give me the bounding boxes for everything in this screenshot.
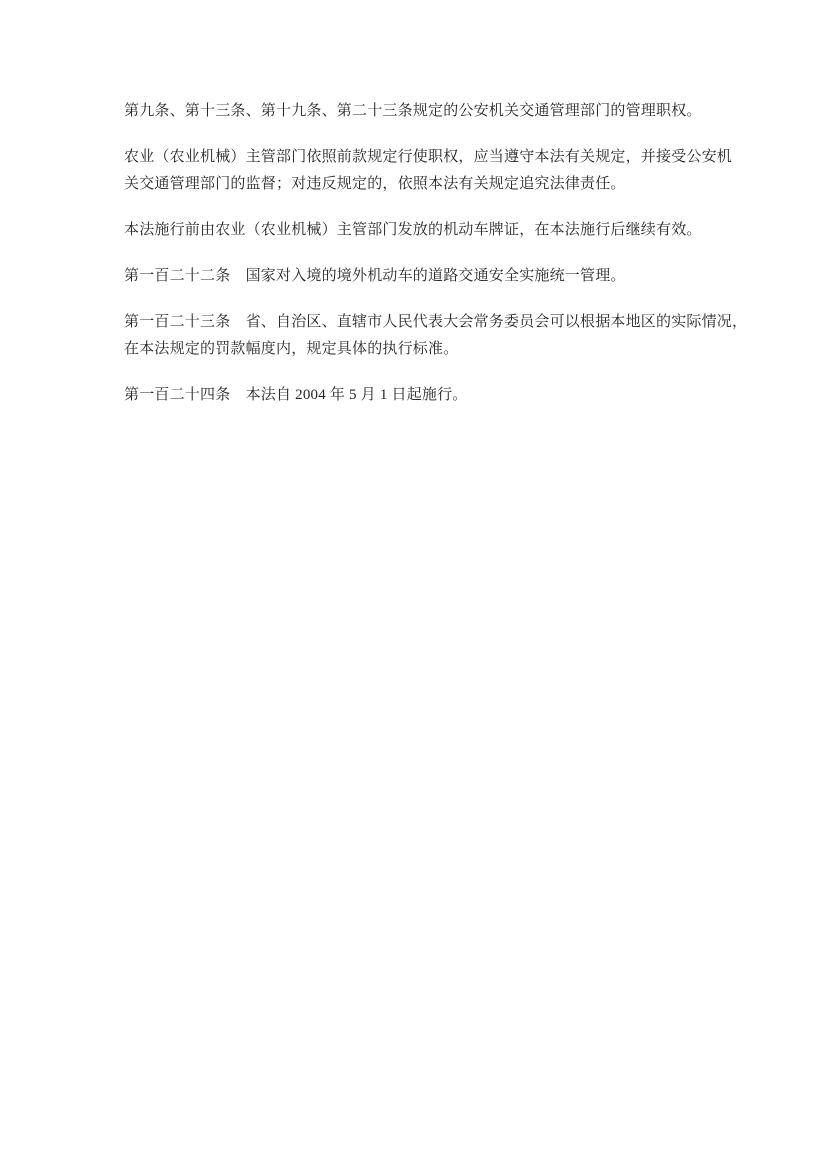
- text-line: 在本法规定的罚款幅度内，规定具体的执行标准。: [124, 336, 727, 363]
- paragraph: 农业（农业机械）主管部门依照前款规定行使职权，应当遵守本法有关规定，并接受公安机…: [124, 144, 727, 198]
- paragraph: 本法施行前由农业（农业机械）主管部门发放的机动车牌证，在本法施行后继续有效。: [124, 217, 727, 244]
- text-line: 第九条、第十三条、第十九条、第二十三条规定的公安机关交通管理部门的管理职权。: [124, 98, 727, 125]
- text-line: 第一百二十三条 省、自治区、直辖市人民代表大会常务委员会可以根据本地区的实际情况…: [124, 309, 727, 336]
- paragraph: 第一百二十二条 国家对入境的境外机动车的道路交通安全实施统一管理。: [124, 263, 727, 290]
- text-line: 第一百二十二条 国家对入境的境外机动车的道路交通安全实施统一管理。: [124, 263, 727, 290]
- paragraph: 第一百二十三条 省、自治区、直辖市人民代表大会常务委员会可以根据本地区的实际情况…: [124, 309, 727, 363]
- text-line: 农业（农业机械）主管部门依照前款规定行使职权，应当遵守本法有关规定，并接受公安机: [124, 144, 727, 171]
- paragraph: 第九条、第十三条、第十九条、第二十三条规定的公安机关交通管理部门的管理职权。: [124, 98, 727, 125]
- text-line: 第一百二十四条 本法自 2004 年 5 月 1 日起施行。: [124, 382, 727, 409]
- document-page: 第九条、第十三条、第十九条、第二十三条规定的公安机关交通管理部门的管理职权。 农…: [0, 0, 827, 1170]
- text-line: 关交通管理部门的监督；对违反规定的，依照本法有关规定追究法律责任。: [124, 171, 727, 198]
- paragraph: 第一百二十四条 本法自 2004 年 5 月 1 日起施行。: [124, 382, 727, 409]
- text-line: 本法施行前由农业（农业机械）主管部门发放的机动车牌证，在本法施行后继续有效。: [124, 217, 727, 244]
